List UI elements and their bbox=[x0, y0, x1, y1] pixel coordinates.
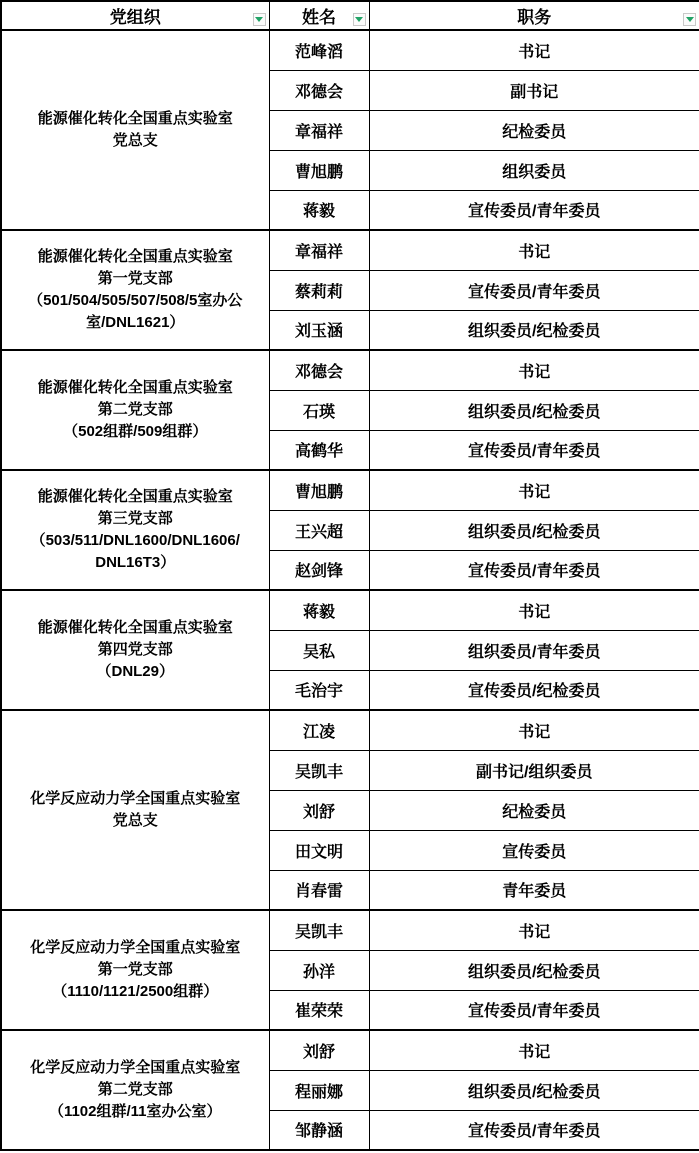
member-name-cell[interactable]: 王兴超 bbox=[269, 510, 369, 550]
org-line: 党总支 bbox=[10, 130, 261, 152]
org-cell[interactable]: 化学反应动力学全国重点实验室党总支 bbox=[1, 710, 269, 910]
member-role-cell[interactable]: 副书记/组织委员 bbox=[369, 750, 699, 790]
member-name-cell[interactable]: 章福祥 bbox=[269, 230, 369, 270]
org-line: （1110/1121/2500组群） bbox=[10, 981, 261, 1003]
member-role-cell[interactable]: 纪检委员 bbox=[369, 790, 699, 830]
member-name-cell[interactable]: 刘玉涵 bbox=[269, 310, 369, 350]
member-role-cell[interactable]: 宣传委员/纪检委员 bbox=[369, 670, 699, 710]
member-role-cell[interactable]: 书记 bbox=[369, 230, 699, 270]
member-name-cell[interactable]: 石瑛 bbox=[269, 390, 369, 430]
member-role-cell[interactable]: 组织委员 bbox=[369, 150, 699, 190]
filter-button-name[interactable] bbox=[353, 13, 366, 26]
member-name-cell[interactable]: 程丽娜 bbox=[269, 1070, 369, 1110]
org-cell[interactable]: 能源催化转化全国重点实验室第一党支部（501/504/505/507/508/5… bbox=[1, 230, 269, 350]
member-name-cell[interactable]: 曹旭鹏 bbox=[269, 470, 369, 510]
member-role-cell[interactable]: 组织委员/纪检委员 bbox=[369, 1070, 699, 1110]
member-role-cell[interactable]: 组织委员/青年委员 bbox=[369, 630, 699, 670]
table-row: 能源催化转化全国重点实验室第一党支部（501/504/505/507/508/5… bbox=[1, 230, 699, 270]
org-cell[interactable]: 化学反应动力学全国重点实验室第一党支部（1110/1121/2500组群） bbox=[1, 910, 269, 1030]
org-line: 第四党支部 bbox=[10, 639, 261, 661]
member-name-cell[interactable]: 高鹤华 bbox=[269, 430, 369, 470]
member-name-cell[interactable]: 田文明 bbox=[269, 830, 369, 870]
org-cell[interactable]: 能源催化转化全国重点实验室第二党支部（502组群/509组群） bbox=[1, 350, 269, 470]
org-line: （1102组群/11室办公室） bbox=[10, 1101, 261, 1123]
table-row: 能源催化转化全国重点实验室第三党支部（503/511/DNL1600/DNL16… bbox=[1, 470, 699, 510]
header-row: 党组织 姓名 职务 bbox=[1, 1, 699, 30]
header-label-role: 职务 bbox=[517, 8, 551, 27]
org-line: DNL16T3） bbox=[10, 552, 261, 574]
org-line: 第一党支部 bbox=[10, 268, 261, 290]
table-row: 化学反应动力学全国重点实验室第二党支部（1102组群/11室办公室）刘舒书记 bbox=[1, 1030, 699, 1070]
org-line: 化学反应动力学全国重点实验室 bbox=[10, 788, 261, 810]
member-role-cell[interactable]: 副书记 bbox=[369, 70, 699, 110]
member-role-cell[interactable]: 宣传委员/青年委员 bbox=[369, 550, 699, 590]
member-role-cell[interactable]: 组织委员/纪检委员 bbox=[369, 310, 699, 350]
member-role-cell[interactable]: 书记 bbox=[369, 910, 699, 950]
member-role-cell[interactable]: 书记 bbox=[369, 350, 699, 390]
member-name-cell[interactable]: 邓德会 bbox=[269, 70, 369, 110]
org-line: 能源催化转化全国重点实验室 bbox=[10, 246, 261, 268]
org-line: 第三党支部 bbox=[10, 508, 261, 530]
table-row: 能源催化转化全国重点实验室党总支范峰滔书记 bbox=[1, 30, 699, 70]
member-role-cell[interactable]: 组织委员/纪检委员 bbox=[369, 950, 699, 990]
header-cell-org[interactable]: 党组织 bbox=[1, 1, 269, 30]
member-name-cell[interactable]: 蔡莉莉 bbox=[269, 270, 369, 310]
member-role-cell[interactable]: 宣传委员/青年委员 bbox=[369, 270, 699, 310]
member-name-cell[interactable]: 蒋毅 bbox=[269, 190, 369, 230]
member-name-cell[interactable]: 赵剑锋 bbox=[269, 550, 369, 590]
member-name-cell[interactable]: 吴私 bbox=[269, 630, 369, 670]
org-cell[interactable]: 能源催化转化全国重点实验室党总支 bbox=[1, 30, 269, 230]
org-line: 党总支 bbox=[10, 810, 261, 832]
org-line: （DNL29） bbox=[10, 661, 261, 683]
member-name-cell[interactable]: 刘舒 bbox=[269, 1030, 369, 1070]
member-role-cell[interactable]: 宣传委员/青年委员 bbox=[369, 430, 699, 470]
member-role-cell[interactable]: 书记 bbox=[369, 590, 699, 630]
member-role-cell[interactable]: 书记 bbox=[369, 470, 699, 510]
filter-button-org[interactable] bbox=[253, 13, 266, 26]
org-line: （501/504/505/507/508/5室办公 bbox=[10, 290, 261, 312]
table-row: 能源催化转化全国重点实验室第二党支部（502组群/509组群）邓德会书记 bbox=[1, 350, 699, 390]
org-cell[interactable]: 化学反应动力学全国重点实验室第二党支部（1102组群/11室办公室） bbox=[1, 1030, 269, 1150]
filter-button-role[interactable] bbox=[683, 13, 696, 26]
org-line: 第二党支部 bbox=[10, 399, 261, 421]
member-role-cell[interactable]: 宣传委员 bbox=[369, 830, 699, 870]
org-line: 能源催化转化全国重点实验室 bbox=[10, 108, 261, 130]
member-role-cell[interactable]: 纪检委员 bbox=[369, 110, 699, 150]
member-name-cell[interactable]: 蒋毅 bbox=[269, 590, 369, 630]
filter-dropdown-icon bbox=[355, 17, 363, 22]
member-name-cell[interactable]: 吴凯丰 bbox=[269, 750, 369, 790]
org-line: 第一党支部 bbox=[10, 959, 261, 981]
member-name-cell[interactable]: 曹旭鹏 bbox=[269, 150, 369, 190]
org-line: 能源催化转化全国重点实验室 bbox=[10, 486, 261, 508]
filter-dropdown-icon bbox=[686, 17, 694, 22]
table-row: 能源催化转化全国重点实验室第四党支部（DNL29）蒋毅书记 bbox=[1, 590, 699, 630]
org-line: 第二党支部 bbox=[10, 1079, 261, 1101]
table-row: 化学反应动力学全国重点实验室党总支江凌书记 bbox=[1, 710, 699, 750]
member-role-cell[interactable]: 宣传委员/青年委员 bbox=[369, 990, 699, 1030]
org-line: 能源催化转化全国重点实验室 bbox=[10, 617, 261, 639]
member-name-cell[interactable]: 崔荣荣 bbox=[269, 990, 369, 1030]
member-role-cell[interactable]: 组织委员/纪检委员 bbox=[369, 390, 699, 430]
member-name-cell[interactable]: 邹静涵 bbox=[269, 1110, 369, 1150]
org-cell[interactable]: 能源催化转化全国重点实验室第四党支部（DNL29） bbox=[1, 590, 269, 710]
table-header: 党组织 姓名 职务 bbox=[1, 1, 699, 30]
member-role-cell[interactable]: 组织委员/纪检委员 bbox=[369, 510, 699, 550]
member-name-cell[interactable]: 肖春雷 bbox=[269, 870, 369, 910]
header-cell-name[interactable]: 姓名 bbox=[269, 1, 369, 30]
member-role-cell[interactable]: 宣传委员/青年委员 bbox=[369, 1110, 699, 1150]
member-name-cell[interactable]: 章福祥 bbox=[269, 110, 369, 150]
org-line: 室/DNL1621） bbox=[10, 312, 261, 334]
header-cell-role[interactable]: 职务 bbox=[369, 1, 699, 30]
org-line: 能源催化转化全国重点实验室 bbox=[10, 377, 261, 399]
member-name-cell[interactable]: 毛治宇 bbox=[269, 670, 369, 710]
org-line: 化学反应动力学全国重点实验室 bbox=[10, 937, 261, 959]
party-org-table: 党组织 姓名 职务 能源催化转化全国重点实验室党总支范峰滔书记邓德会副书记章福祥… bbox=[0, 0, 699, 1151]
member-name-cell[interactable]: 吴凯丰 bbox=[269, 910, 369, 950]
member-name-cell[interactable]: 孙洋 bbox=[269, 950, 369, 990]
member-name-cell[interactable]: 刘舒 bbox=[269, 790, 369, 830]
table-row: 化学反应动力学全国重点实验室第一党支部（1110/1121/2500组群）吴凯丰… bbox=[1, 910, 699, 950]
table-body: 能源催化转化全国重点实验室党总支范峰滔书记邓德会副书记章福祥纪检委员曹旭鹏组织委… bbox=[1, 30, 699, 1150]
member-role-cell[interactable]: 书记 bbox=[369, 710, 699, 750]
org-cell[interactable]: 能源催化转化全国重点实验室第三党支部（503/511/DNL1600/DNL16… bbox=[1, 470, 269, 590]
header-label-org: 党组织 bbox=[110, 8, 161, 27]
member-name-cell[interactable]: 范峰滔 bbox=[269, 30, 369, 70]
member-role-cell[interactable]: 书记 bbox=[369, 1030, 699, 1070]
member-name-cell[interactable]: 江凌 bbox=[269, 710, 369, 750]
member-role-cell[interactable]: 青年委员 bbox=[369, 870, 699, 910]
org-line: （503/511/DNL1600/DNL1606/ bbox=[10, 530, 261, 552]
filter-dropdown-icon bbox=[255, 17, 263, 22]
org-line: 化学反应动力学全国重点实验室 bbox=[10, 1057, 261, 1079]
member-name-cell[interactable]: 邓德会 bbox=[269, 350, 369, 390]
member-role-cell[interactable]: 宣传委员/青年委员 bbox=[369, 190, 699, 230]
org-line: （502组群/509组群） bbox=[10, 421, 261, 443]
header-label-name: 姓名 bbox=[302, 8, 336, 27]
member-role-cell[interactable]: 书记 bbox=[369, 30, 699, 70]
